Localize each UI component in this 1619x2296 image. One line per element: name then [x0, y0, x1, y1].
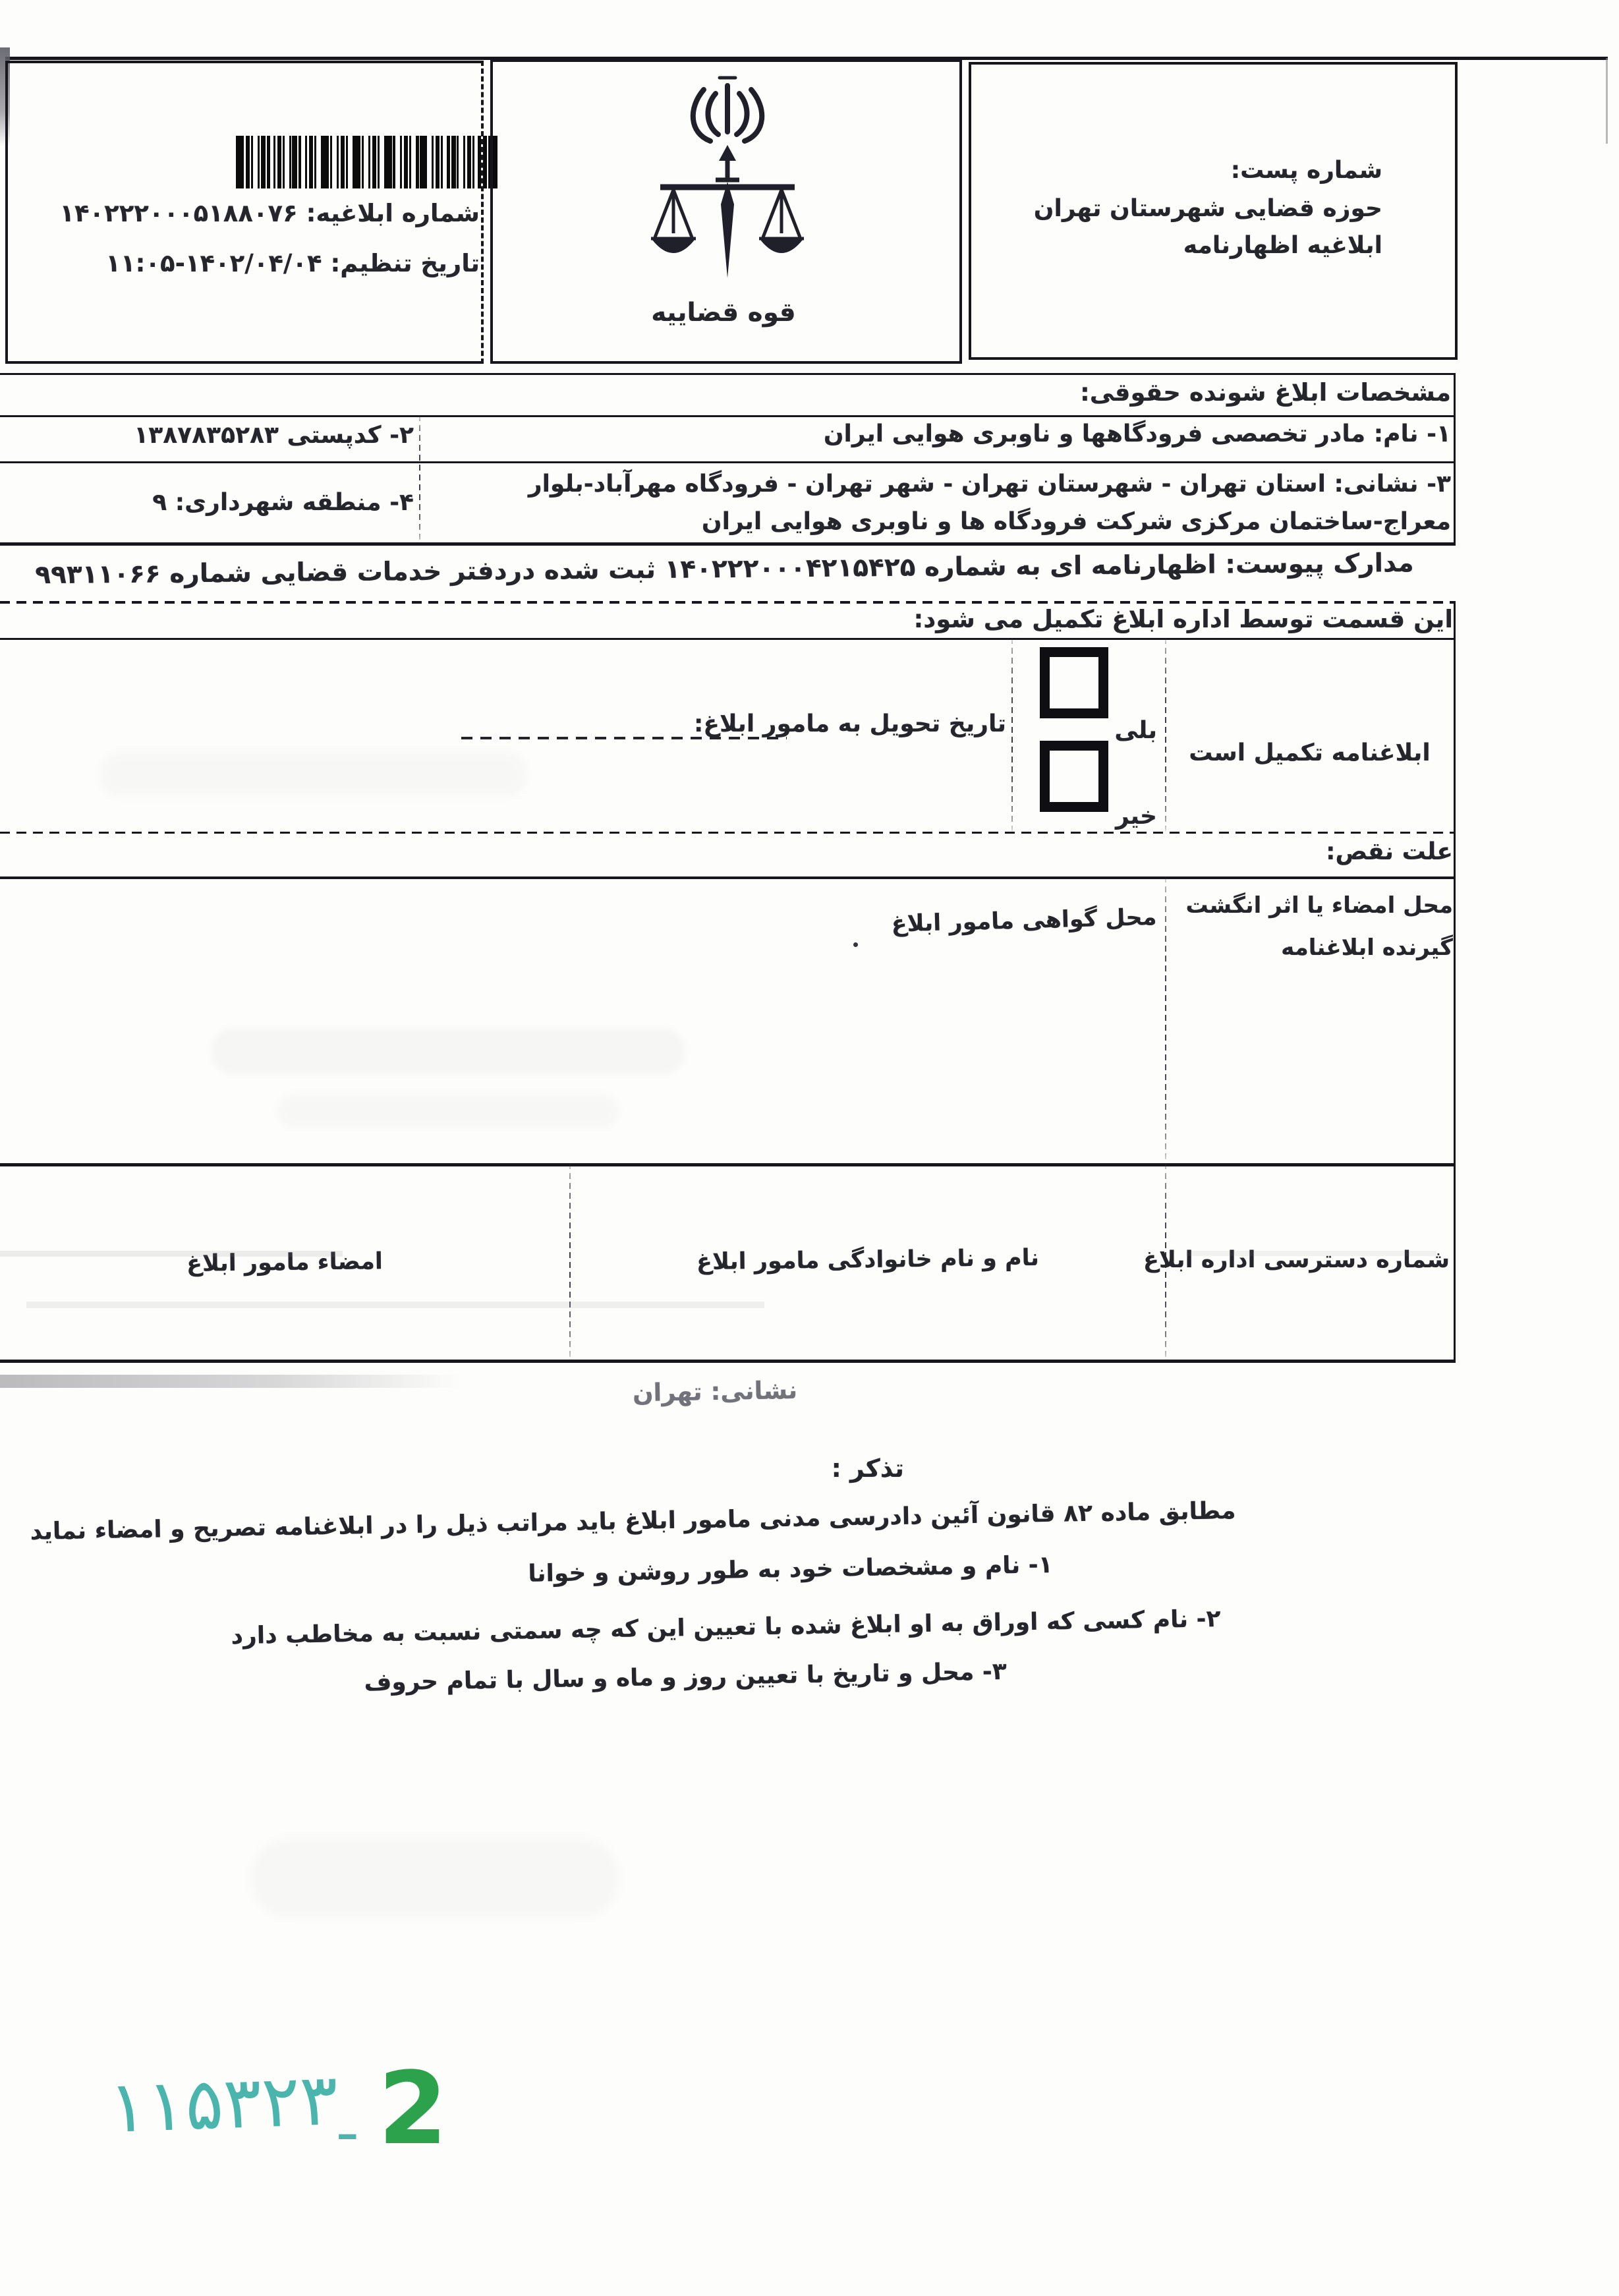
handwritten-number: ۱۱۵۳۲۳ — [107, 2059, 339, 2149]
emblem-caption: قوه قضاییه — [490, 298, 957, 328]
ink-dot — [853, 942, 858, 947]
scan-smudge — [26, 1302, 764, 1308]
issue-date-line: تاریخ تنظیم: ۱۴۰۲/۰۴/۰۴-۱۱:۰۵ — [105, 249, 480, 277]
officer-name-label: نام و نام خانوادگی مامور ابلاغ — [571, 1243, 1165, 1277]
no-label: خیر — [1116, 803, 1157, 830]
recipient-signature-label: محل امضاء یا اثر انگشت گیرنده ابلاغنامه — [1171, 884, 1453, 969]
judiciary-emblem-icon — [640, 72, 814, 290]
post-number-label: شماره پست: — [1231, 157, 1382, 184]
recipient-address: ۳- نشانی: استان تهران - شهرستان تهران - … — [456, 465, 1451, 540]
divider — [1011, 638, 1013, 832]
scanned-judicial-notice-page: شماره ابلاغیه: ۱۴۰۲۲۲۰۰۰۵۱۸۸۰۷۶ تاریخ تن… — [0, 0, 1619, 2296]
note-item: ۳- محل و تاریخ با تعیین روز و ماه و سال … — [364, 1658, 1007, 1696]
divider — [0, 1360, 1456, 1363]
checkbox-yes — [1040, 647, 1108, 718]
checkbox-no — [1040, 741, 1108, 812]
note-intro: مطابق ماده ۸۲ قانون آئین دادرسی مدنی مام… — [30, 1497, 1236, 1545]
divider — [0, 373, 1456, 375]
yes-label: بلی — [1114, 717, 1157, 744]
barcode-icon — [236, 136, 497, 188]
handwritten-annotation: ۱۱۵۳۲۳ ـ 2 — [109, 2063, 447, 2163]
officer-signature-label: امضاء مامور ابلاغ — [0, 1246, 569, 1280]
recipient-name: ۱- نام: مادر تخصصی فرودگاهها و ناوبری هو… — [824, 420, 1451, 447]
completion-label: ابلاغنامه تکمیل است — [1165, 739, 1454, 766]
deficiency-label: علت نقص: — [1326, 838, 1453, 865]
divider — [0, 1163, 1456, 1166]
divider — [0, 542, 1456, 546]
divider — [0, 461, 1456, 463]
office-section-title: این قسمت توسط اداره ابلاغ تکمیل می شود: — [914, 605, 1453, 633]
officer-certification-label: محل گواهی مامور ابلاغ — [891, 904, 1157, 938]
scan-smudge — [1606, 58, 1608, 144]
notice-number-line: شماره ابلاغیه: ۱۴۰۲۲۲۰۰۰۵۱۸۸۰۷۶ — [59, 199, 480, 227]
divider — [419, 415, 420, 542]
divider — [0, 832, 1456, 834]
attachments-line: مدارک پیوست: اظهارنامه ای به شماره ۱۴۰۲۲… — [35, 548, 1414, 590]
recipient-postal-code: ۲- کدپستی ۱۳۸۷۸۳۵۲۸۳ — [134, 422, 414, 449]
divider — [0, 876, 1456, 879]
handwritten-dash: ـ — [339, 2088, 356, 2152]
scan-smudge — [0, 1375, 461, 1388]
divider — [1454, 601, 1456, 1363]
delivery-date-blank-line — [461, 737, 787, 739]
pencil-smudge — [211, 1028, 685, 1074]
divider — [0, 415, 1456, 417]
divider — [1454, 373, 1456, 546]
access-number-label: شماره دسترسی اداره ابلاغ — [1165, 1247, 1450, 1273]
pencil-smudge — [277, 1094, 619, 1127]
divider — [1165, 876, 1166, 1163]
note-item: ۲- نام کسی که اوراق به او ابلاغ شده با ت… — [231, 1605, 1221, 1650]
pencil-smudge — [99, 751, 527, 797]
divider — [0, 638, 1456, 640]
judicial-district-line: حوزه قضایی شهرستان تهران — [1034, 195, 1382, 222]
note-title: تذکر : — [832, 1454, 904, 1483]
note-item: ۱- نام و مشخصات خود به طور روشن و خوانا — [528, 1551, 1053, 1588]
recipient-municipal-district: ۴- منطقه شهرداری: ۹ — [152, 489, 414, 516]
handwritten-page-number: 2 — [378, 2059, 448, 2159]
form-title: ابلاغیه اظهارنامه — [1183, 232, 1382, 259]
recipient-section-title: مشخصات ابلاغ شونده حقوقی: — [1080, 378, 1451, 407]
divider — [1165, 638, 1166, 832]
address-line: نشانی: تهران — [633, 1376, 798, 1407]
divider — [0, 601, 1456, 604]
delivery-date-label: تاریخ تحویل به مامور ابلاغ: — [694, 710, 1006, 737]
pencil-smudge — [250, 1839, 619, 1918]
